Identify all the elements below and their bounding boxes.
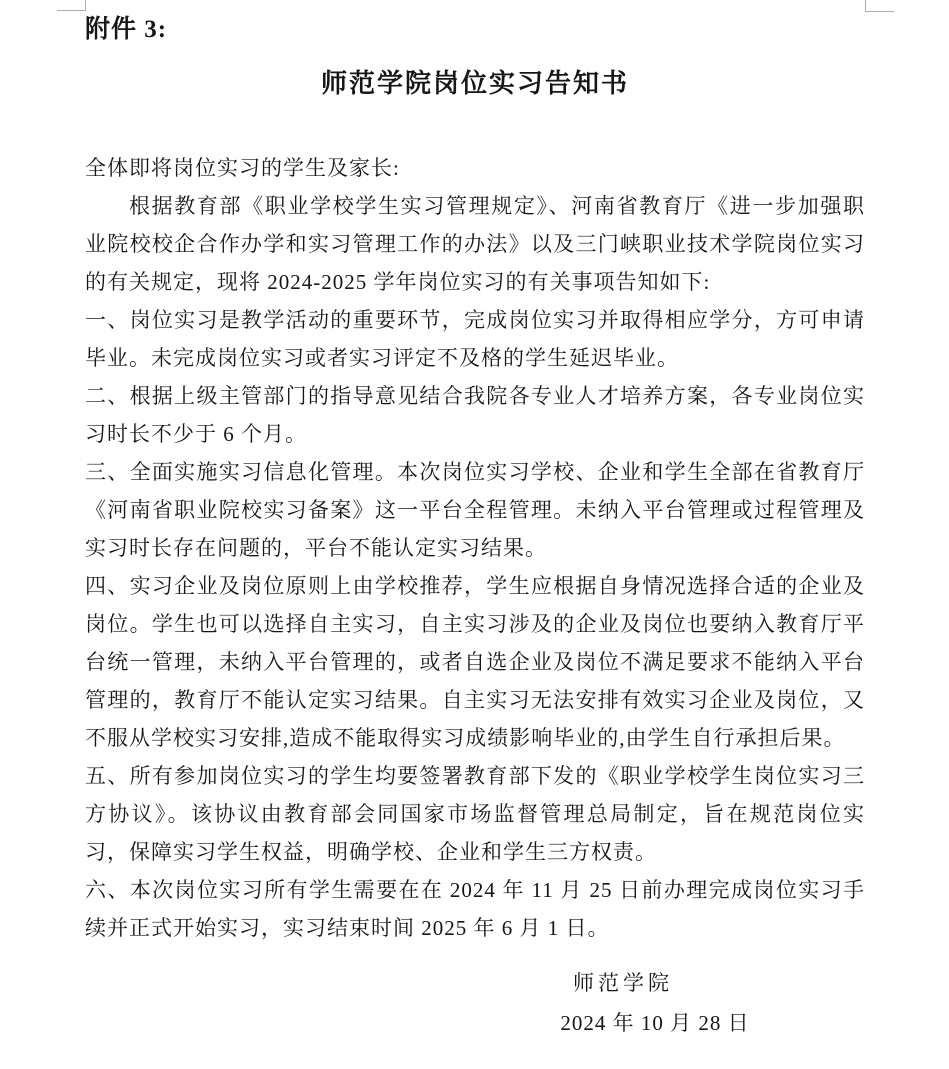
signature-name: 师范学院 (503, 963, 743, 1003)
intro-paragraph: 根据教育部《职业学校学生实习管理规定》、河南省教育厅《进一步加强职业院校校企合作… (85, 187, 865, 301)
margin-crop-mark-top-right (865, 0, 894, 12)
item-paragraph-3: 三、全面实施实习信息化管理。本次岗位实习学校、企业和学生全部在省教育厅《河南省职… (85, 453, 865, 567)
document-content: 附件 3: 师范学院岗位实习告知书 全体即将岗位实习的学生及家长: 根据教育部《… (85, 12, 865, 1043)
item-paragraph-6: 六、本次岗位实习所有学生需要在在 2024 年 11 月 25 日前办理完成岗位… (85, 871, 865, 947)
salutation: 全体即将岗位实习的学生及家长: (85, 149, 865, 187)
item-paragraph-4: 四、实习企业及岗位原则上由学校推荐，学生应根据自身情况选择合适的企业及岗位。学生… (85, 567, 865, 757)
item-paragraph-5: 五、所有参加岗位实习的学生均要签署教育部下发的《职业学校学生岗位实习三方协议》。… (85, 757, 865, 871)
item-paragraph-1: 一、岗位实习是教学活动的重要环节，完成岗位实习并取得相应学分，方可申请毕业。未完… (85, 301, 865, 377)
margin-crop-mark-top-left (57, 0, 86, 11)
item-paragraph-2: 二、根据上级主管部门的指导意见结合我院各专业人才培养方案，各专业岗位实习时长不少… (85, 377, 865, 453)
attachment-label: 附件 3: (85, 12, 865, 48)
document-page: 附件 3: 师范学院岗位实习告知书 全体即将岗位实习的学生及家长: 根据教育部《… (0, 0, 949, 1069)
document-title: 师范学院岗位实习告知书 (85, 64, 865, 104)
signature-date: 2024 年 10 月 28 日 (500, 1003, 810, 1043)
document-body: 全体即将岗位实习的学生及家长: 根据教育部《职业学校学生实习管理规定》、河南省教… (85, 149, 865, 947)
signature-block: 师范学院 2024 年 10 月 28 日 (85, 963, 865, 1043)
